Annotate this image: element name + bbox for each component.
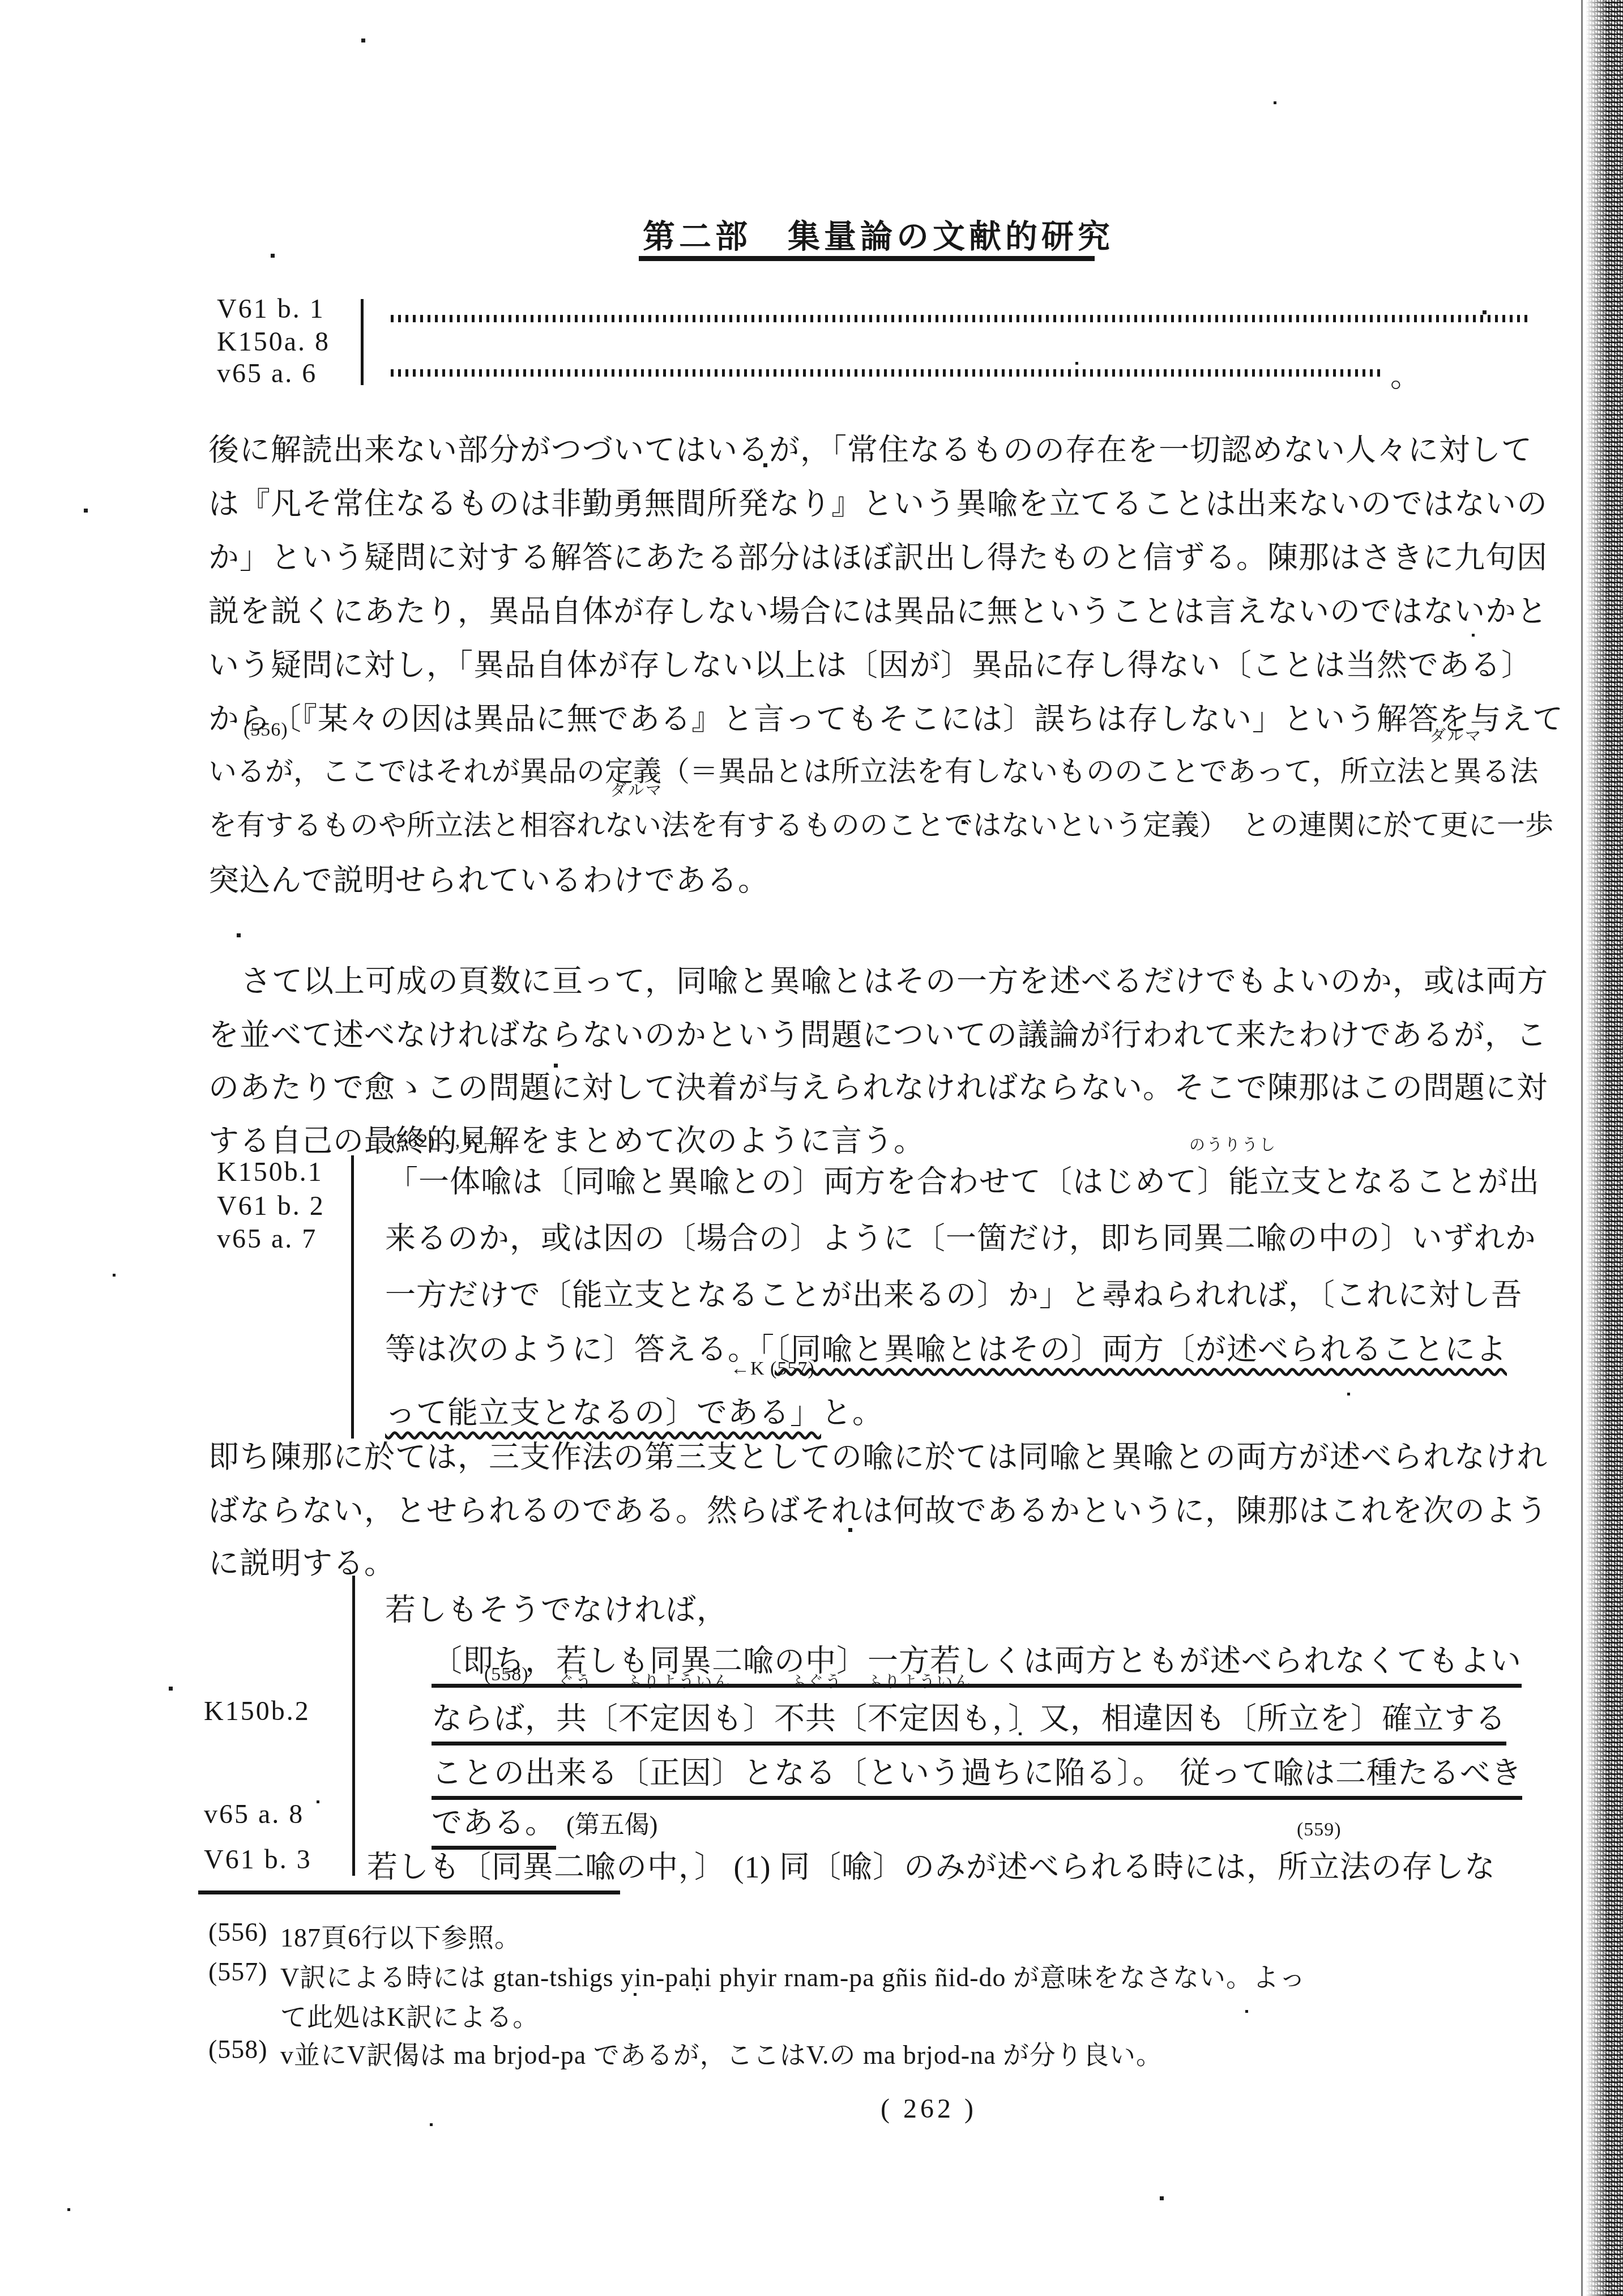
folio-label: v65 a. 6 [217, 358, 317, 389]
furigana-guu: ぐう [558, 1670, 593, 1692]
text-line: か」という疑問に対する解答にあたる部分はほぼ訳出し得たものと信ずる。陳那はさきに… [208, 534, 1548, 577]
header-rule [639, 256, 1095, 261]
ellipsis-period: 。 [1390, 352, 1421, 396]
emphasis-wavy: って能立支となるの〕である」 [385, 1396, 821, 1430]
verse-line: である。(第五偈) [432, 1799, 657, 1842]
text-line: いるが，ここではそれが異品の定義（＝異品とは所立法を有しないもののことであって，… [208, 749, 1539, 789]
verse-line: 〔即ち，若しも同異二喩の中〕一方若しくは両方ともが述べられなくてもよい [432, 1637, 1522, 1680]
folio-label: K150b.1 [217, 1156, 323, 1188]
text-line: 後に解読出来ない部分がつづいてはいるが，「常住なるものの存在を一切認めない人々に… [208, 426, 1532, 470]
verse-divider-bar [352, 1576, 355, 1876]
text-line: 即ち陳那に於ては，三支作法の第三支としての喩に於ては同喩と異喩との両方が述べられ… [208, 1433, 1548, 1476]
quote-line: 等は次のように〕答える。「〔同喩と異喩とはその〕両方〔が述べられることによ [385, 1325, 1507, 1369]
verse-line: ならば，共〔不定因も〕不共〔不定因も，〕又，相違因も〔所立を〕確立する [432, 1695, 1506, 1738]
emphasis-wavy: 〔同喩と異喩とはその〕両方〔が述べられることによ [775, 1333, 1507, 1367]
furigana-dharma: ダルマ [610, 778, 663, 801]
text-line: を有するものや所立法と相容れない法を有するもののことではないという定義） との連… [208, 803, 1553, 843]
text-line: から〔『某々の因は異品に無である』と言ってもそこには〕誤ちは存しない」という解答… [208, 695, 1564, 739]
footnote-number: (558) [208, 2034, 268, 2064]
scan-noise-dots [0, 0, 2, 2]
quote-line: 一方だけで〔能立支となることが出来るの〕か」と尋ねられれば，〔これに対し吾 [385, 1271, 1522, 1315]
verse-number-tag: (第五偈) [566, 1811, 657, 1839]
footnote-marker-556: (556) [244, 719, 288, 741]
quote-line: 来るのか，或は因の〔場合の〕ように〔一箇だけ，即ち同異二喩の中の〕いずれか [385, 1214, 1536, 1258]
emphasis-underline: ことの出来る〔正因〕となる〔という過ちに陥る〕。 従って喩は二種たるべき [432, 1756, 1522, 1800]
folio-label: K150b.2 [204, 1696, 310, 1727]
furigana-dharma: ダルマ [1430, 724, 1483, 746]
folio-label: v65 a. 8 [204, 1799, 304, 1830]
folio-label: V61 b. 3 [204, 1844, 312, 1875]
furigana-fujoin: ふりよういん [626, 1670, 731, 1692]
page-number: ( 262 ) [881, 2093, 977, 2124]
footnote-text: V訳による時には gtan-tshigs yin-paḥi phyir rnam… [280, 1957, 1306, 1994]
footnote-text: v並にV訳偈は ma brjod-pa であるが，ここはV.の ma brjod… [280, 2034, 1163, 2072]
emphasis-underline: ならば，共〔不定因も〕不共〔不定因も，〕又，相違因も〔所立を〕確立する [432, 1702, 1506, 1746]
scanned-book-page: 第二部 集量論の文献的研究 V61 b. 1 K150a. 8 v65 a. 6… [0, 0, 1623, 2296]
emphasis-underline: 〔即ち，若しも同異二喩の中〕一方若しくは両方ともが述べられなくてもよい [432, 1644, 1522, 1688]
footnote-number: (557) [208, 1957, 268, 1987]
text-line: さて以上可成の頁数に亘って，同喩と異喩とはその一方を述べるだけでもよいのか，或は… [241, 957, 1548, 1001]
furigana-fujoin: ふりよういん [866, 1670, 972, 1692]
quote-line-plain: 等は次のように〕答える。「 [385, 1333, 775, 1367]
footnote-separator [198, 1890, 620, 1894]
text-line: のあたりで愈ゝこの問題に対して決着が与えられなければならない。そこで陳那はこの問… [208, 1064, 1548, 1107]
folio-label: V61 b. 2 [217, 1190, 325, 1222]
text-line: 若しも〔同異二喩の中，〕 (1) 同〔喩〕のみが述べられる時には，所立法の存しな [367, 1843, 1496, 1887]
footnote-marker-559: (559) [1297, 1819, 1342, 1841]
footnote-marker-558: (558) [484, 1664, 529, 1685]
quote-line-plain: と。 [821, 1396, 883, 1430]
text-line: を並べて述べなければならないのかという問題についての議論が行われて来たわけである… [208, 1011, 1547, 1055]
footnote-number: (556) [208, 1917, 268, 1947]
ellipsis-row [391, 315, 1529, 322]
text-line: する自己の最終的見解をまとめて次のように言う。 [208, 1117, 925, 1160]
text-line: いう疑問に対し，「異品自体が存しない以上は〔因が〕異品に存し得ない〔ことは当然で… [208, 641, 1532, 685]
scan-gutter-line [1581, 0, 1583, 2296]
text-line: 説を説くにあたり，異品自体が存しない場合には異品に無ということは言えないのではな… [208, 587, 1548, 631]
furigana-fuguu: ふぐう [790, 1670, 843, 1692]
text-line: 突込んで説明せられているわけである。 [208, 856, 769, 900]
ellipsis-row [391, 369, 1382, 377]
verse-line: ことの出来る〔正因〕となる〔という過ちに陥る〕。 従って喩は二種たるべき [432, 1749, 1522, 1793]
scan-gutter-fade [1586, 0, 1606, 2296]
furigana-nouryushi: のうりうし [1189, 1133, 1277, 1155]
footnote-text: て此処はK訳による。 [280, 1996, 539, 2034]
folio-label: K150a. 8 [217, 326, 330, 357]
footnote-text: 187頁6行以下参照。 [280, 1917, 521, 1954]
folio-label: V61 b. 1 [217, 293, 325, 325]
quote-divider-bar [351, 1155, 354, 1439]
folio-label: v65 a. 7 [217, 1223, 317, 1254]
margin-note-k557: ←K (557) [731, 1358, 815, 1380]
text-line: ばならない，とせられるのである。然らばそれは何故であるかというに，陳那はこれを次… [208, 1487, 1548, 1530]
quote-line: 「一体喩は〔同喩と異喩との〕両方を合わせて〔はじめて〕能立支となることが出 [387, 1158, 1540, 1201]
folio-divider-bar [361, 299, 364, 385]
margin-note-k562: (562)→, K→ [391, 1130, 500, 1152]
text-line: に説明する。 [208, 1539, 395, 1583]
quote-line: って能立支となるの〕である」と。 [385, 1389, 883, 1432]
text-line: は『凡そ常住なるものは非勤勇無間所発なり』という異喩を立てることは出来ないのでは… [208, 480, 1548, 523]
page-title: 第二部 集量論の文献的研究 [643, 211, 1114, 257]
verse-line: 若しもそうでなければ， [385, 1586, 728, 1629]
